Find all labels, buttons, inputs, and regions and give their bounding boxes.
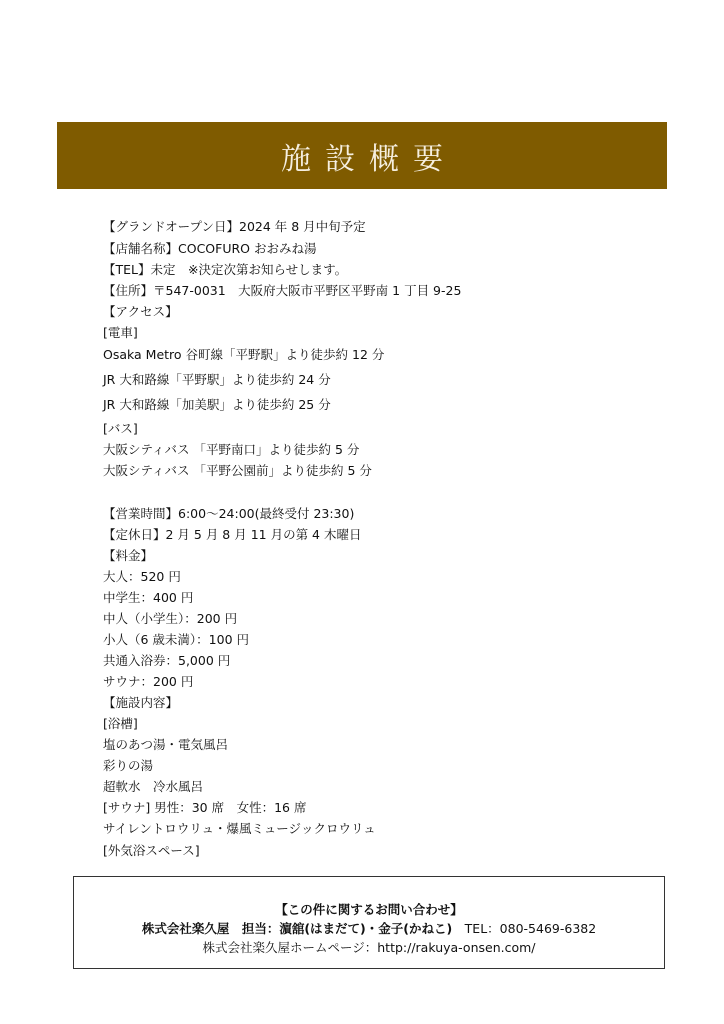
access-train-jr-kami: JR 大和路線「加美駅」より徒歩約 25 分 (103, 397, 331, 413)
fee-adult: 大人：520 円 (103, 569, 181, 585)
fee-sauna: サウナ：200 円 (103, 674, 193, 690)
page-title: 施設概要 (267, 134, 457, 178)
contact-heading: 【この件に関するお問い合わせ】 (74, 900, 664, 918)
contact-homepage: 株式会社楽久屋ホームページ：http://rakuya-onsen.com/ (74, 938, 664, 956)
info-business-hours: 【営業時間】6:00～24:00(最終受付 23:30) (103, 506, 354, 522)
homepage-link[interactable]: http://rakuya-onsen.com/ (377, 940, 535, 955)
info-closed-days: 【定休日】2 月 5 月 8 月 11 月の第 4 木曜日 (103, 527, 361, 543)
info-address: 【住所】〒547-0031 大阪府大阪市平野区平野南 1 丁目 9-25 (103, 283, 461, 299)
fee-preschool: 小人（6 歳未満）：100 円 (103, 632, 249, 648)
access-bus-hirano-koenmae: 大阪シティバス 「平野公園前」より徒歩約 5 分 (103, 463, 372, 479)
info-tel: 【TEL】未定 ※決定次第お知らせします。 (103, 262, 347, 278)
title-banner: 施設概要 (57, 122, 667, 189)
bath-irodori: 彩りの湯 (103, 758, 153, 774)
subsection-train: [電車] (103, 325, 138, 341)
bath-soft-water-cold: 超軟水 冷水風呂 (103, 779, 203, 795)
contact-company-person: 株式会社楽久屋 担当：濵舘(はまだて)・金子(かねこ) (142, 921, 452, 936)
contact-tel: TEL：080-5469-6382 (452, 921, 596, 936)
info-store-name: 【店舗名称】COCOFURO おおみね湯 (103, 241, 316, 257)
homepage-label: 株式会社楽久屋ホームページ： (202, 940, 377, 955)
bath-salt-electric: 塩のあつ湯・電気風呂 (103, 737, 228, 753)
section-fees: 【料金】 (103, 548, 153, 564)
section-access: 【アクセス】 (103, 304, 178, 320)
access-train-jr-hirano: JR 大和路線「平野駅」より徒歩約 24 分 (103, 372, 331, 388)
subsection-baths: [浴槽] (103, 716, 138, 732)
outdoor-space: [外気浴スペース] (103, 843, 200, 859)
access-train-metro: Osaka Metro 谷町線「平野駅」より徒歩約 12 分 (103, 347, 384, 363)
subsection-bus: [バス] (103, 421, 138, 437)
contact-box: 【この件に関するお問い合わせ】 株式会社楽久屋 担当：濵舘(はまだて)・金子(か… (73, 876, 665, 969)
section-facilities: 【施設内容】 (103, 695, 178, 711)
contact-person: 株式会社楽久屋 担当：濵舘(はまだて)・金子(かねこ) TEL：080-5469… (74, 919, 664, 937)
sauna-loyly: サイレントロウリュ・爆風ミュージックロウリュ (103, 821, 376, 837)
fee-junior-high: 中学生：400 円 (103, 590, 193, 606)
access-bus-hirano-minamiguchi: 大阪シティバス 「平野南口」より徒歩約 5 分 (103, 442, 359, 458)
fee-elementary: 中人（小学生）：200 円 (103, 611, 237, 627)
info-grand-open: 【グランドオープン日】2024 年 8 月中旬予定 (103, 219, 366, 235)
fee-common-ticket: 共通入浴券：5,000 円 (103, 653, 230, 669)
sauna-seats: [サウナ] 男性：30 席 女性：16 席 (103, 800, 307, 816)
